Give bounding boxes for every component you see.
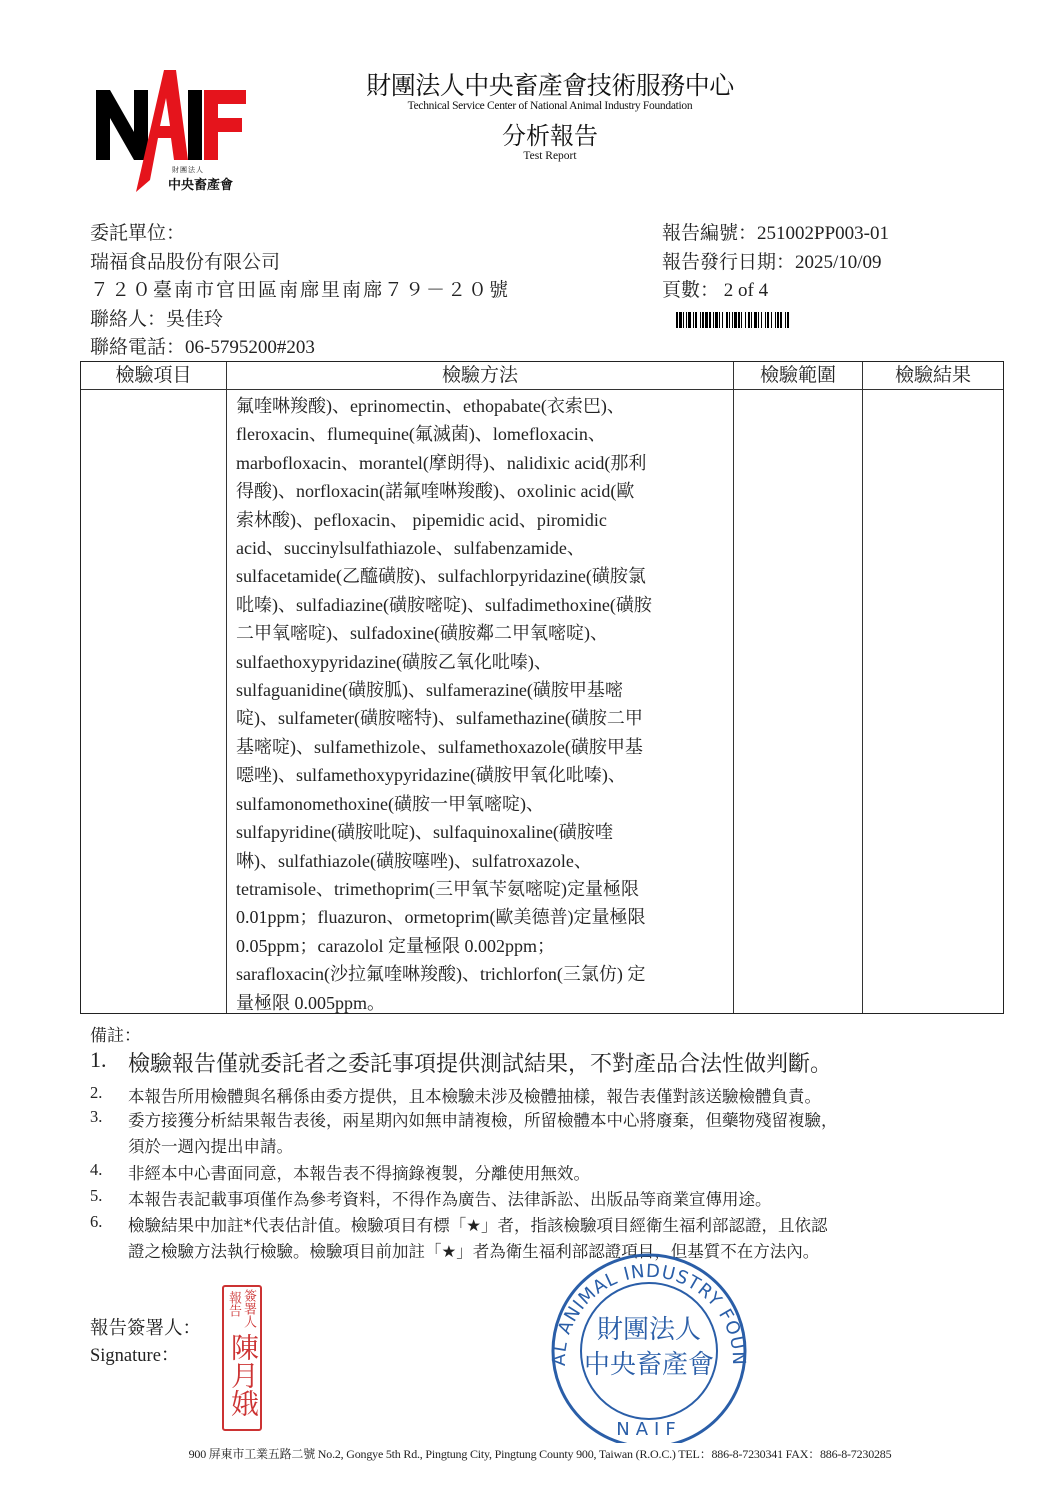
header-divider [81,389,1003,390]
barcode [676,312,924,328]
stamp-outer-text: NATIONAL ANIMAL INDUSTRY FOUNDATION [541,1243,749,1366]
method-line: 吡嗪)、sulfadiazine(磺胺嘧啶)、sulfadimethoxine(… [236,591,736,619]
column-divider [862,362,863,1013]
note-text: 委方接獲分析結果報告表後，兩星期內如無申請複檢，所留檢體本中心將廢棄，但藥物殘留… [128,1107,838,1131]
report-number: 報告編號：251002PP003-01 [662,220,889,249]
header-test-item: 檢驗項目 [81,362,226,389]
page-count: 頁數： 2 of 4 [662,277,889,306]
client-address: ７２０臺南市官田區南廍里南廍７９－２０號 [90,277,510,306]
method-line: 得酸)、norfloxacin(諾氟喹啉羧酸)、oxolinic acid(歐 [236,477,736,505]
org-name-cn: 財團法人中央畜產會技術服務中心 [0,66,1043,102]
column-divider [226,362,227,1013]
note-number: 6. [90,1212,102,1232]
note-text: 檢驗結果中加註*代表估計值。檢驗項目有標「★」者，指該檢驗項目經衛生福利部認證，… [128,1212,828,1236]
method-line: acid、succinylsulfathiazole、sulfabenzamid… [236,534,736,562]
method-line: 量極限 0.005ppm。 [236,989,736,1017]
note-text: 非經本中心書面同意，本報告表不得摘錄複製，分離使用無效。 [128,1160,590,1184]
note-number: 1. [90,1047,107,1073]
note-text: 本報告表記載事項僅作為參考資料，不得作為廣告、法律訴訟、出版品等商業宣傳用途。 [128,1186,772,1210]
signature-seal: 簽署人 報告 陳月娥 [222,1285,262,1431]
seal-name: 陳月娥 [228,1333,258,1417]
note-text: 須於一週內提出申請。 [128,1133,293,1157]
client-contact: 聯絡人：吳佳玲 [90,306,510,335]
test-table: 檢驗項目 檢驗方法 檢驗範圍 檢驗結果 氟喹啉羧酸)、eprinomectin、… [80,361,1004,1014]
client-company: 瑞福食品股份有限公司 [90,249,510,278]
note-number: 5. [90,1186,102,1206]
method-line: sulfacetamide(乙醯磺胺)、sulfachlorpyridazine… [236,562,736,590]
seal-text: 報告 [227,1291,241,1317]
method-line: 0.05ppm；carazolol 定量極限 0.002ppm； [236,932,736,960]
method-line: 二甲氧嘧啶)、sulfadoxine(磺胺鄰二甲氧嘧啶)、 [236,619,736,647]
header-test-result: 檢驗結果 [863,362,1003,389]
method-line: sulfaguanidine(磺胺胍)、sulfamerazine(磺胺甲基嘧 [236,676,736,704]
method-line: 啉)、sulfathiazole(磺胺噻唑)、sulfatroxazole、 [236,847,736,875]
note-number: 3. [90,1107,102,1127]
official-stamp: NATIONAL ANIMAL INDUSTRY FOUNDATION 財團法人… [541,1243,756,1443]
report-title-cn: 分析報告 [0,116,1043,151]
method-line: sulfapyridine(磺胺吡啶)、sulfaquinoxaline(磺胺喹 [236,818,736,846]
method-line: 啶)、sulfameter(磺胺嘧特)、sulfamethazine(磺胺二甲 [236,704,736,732]
method-line: 氟喹啉羧酸)、eprinomectin、ethopabate(衣索巴)、 [236,392,736,420]
method-line: 基嘧啶)、sulfamethizole、sulfamethoxazole(磺胺甲… [236,733,736,761]
method-line: sulfaethoxypyridazine(磺胺乙氧化吡嗪)、 [236,648,736,676]
client-phone: 聯絡電話：06-5795200#203 [90,334,510,363]
signature-label-en: Signature： [90,1343,201,1370]
seal-text: 簽署人 [242,1289,256,1328]
note-text: 本報告所用檢體與名稱係由委方提供，且本檢驗未涉及檢體抽樣，報告表僅對該送驗檢體負… [128,1083,821,1107]
issue-date: 報告發行日期：2025/10/09 [662,249,889,278]
header-test-range: 檢驗範圍 [734,362,862,389]
header-test-method: 檢驗方法 [227,362,733,389]
method-line: marbofloxacin、morantel(摩朗得)、nalidixic ac… [236,449,736,477]
method-line: sarafloxacin(沙拉氟喹啉羧酸)、trichlorfon(三氯仿) 定 [236,960,736,988]
stamp-inner-line1: 財團法人 [597,1315,701,1345]
notes-title: 備註： [90,1021,141,1046]
method-line: tetramisole、trimethoprim(三甲氧苄氨嘧啶)定量極限 [236,875,736,903]
stamp-inner-line2: 中央畜產會 [584,1350,714,1380]
method-line: 噁唑)、sulfamethoxypyridazine(磺胺甲氧化吡嗪)、 [236,761,736,789]
client-label: 委託單位： [90,220,510,249]
note-number: 2. [90,1083,102,1103]
signature-label-cn: 報告簽署人： [90,1316,201,1343]
footer-address: 900 屏東市工業五路二號 No.2, Gongye 5th Rd., Ping… [0,1445,1043,1462]
method-line: sulfamonomethoxine(磺胺一甲氧嘧啶)、 [236,790,736,818]
report-info: 報告編號：251002PP003-01 報告發行日期：2025/10/09 頁數… [662,220,889,306]
svg-text:NATIONAL ANIMAL INDUSTRY FOUND: NATIONAL ANIMAL INDUSTRY FOUNDATION [541,1243,749,1366]
method-line: fleroxacin、flumequine(氟滅菌)、lomefloxacin、 [236,420,736,448]
stamp-bottom-text: NAIF [616,1419,681,1440]
report-title-en: Test Report [0,150,1043,162]
org-name-en: Technical Service Center of National Ani… [0,100,1043,112]
logo-subtitle: 中央畜產會 [168,174,233,193]
method-line: 0.01ppm；fluazuron、ormetoprim(歐美德普)定量極限 [236,903,736,931]
note-text: 檢驗報告僅就委託者之委託事項提供測試結果，不對產品合法性做判斷。 [128,1047,832,1078]
client-info: 委託單位： 瑞福食品股份有限公司 ７２０臺南市官田區南廍里南廍７９－２０號 聯絡… [90,220,510,363]
note-number: 4. [90,1160,102,1180]
test-method-cell: 氟喹啉羧酸)、eprinomectin、ethopabate(衣索巴)、 fle… [236,392,736,1017]
method-line: 索林酸)、pefloxacin、 pipemidic acid、piromidi… [236,506,736,534]
signature-label: 報告簽署人： Signature： [90,1316,201,1370]
